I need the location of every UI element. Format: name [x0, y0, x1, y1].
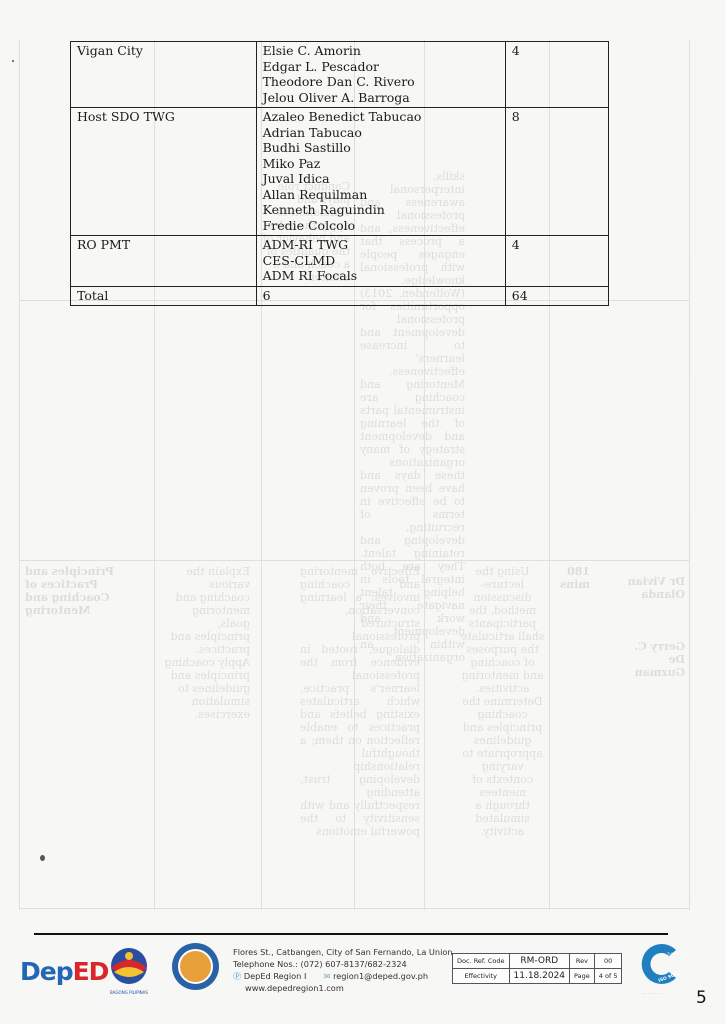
doc-ref-label: Doc. Ref. Code	[453, 954, 510, 969]
website-row: www.depedregion1.com	[233, 982, 453, 994]
seal-inner	[178, 949, 213, 984]
scan-speck	[12, 60, 14, 62]
total-row: Total 6 64	[71, 286, 609, 306]
deped-region-seal	[172, 943, 219, 990]
ghost-topic: Principles and Practices of Coaching and…	[25, 565, 145, 617]
ghost-rule	[20, 908, 690, 909]
rev-label: Rev	[570, 954, 595, 969]
members-cell: Elsie C. Amorin Edgar L. Pescador Theodo…	[256, 42, 505, 108]
email-link[interactable]: region1@deped.gov.ph	[333, 971, 428, 981]
ghost-speaker-2: Gerry C. De Guzman	[615, 640, 685, 679]
member-name: Elsie C. Amorin	[263, 43, 500, 59]
member-name: Juval Idica	[263, 171, 500, 187]
member-name: ADM RI Focals	[263, 268, 500, 284]
page-value: 4 of 5	[594, 969, 622, 984]
deped-logo: DepED	[20, 957, 108, 986]
member-name: Allan Requilman	[263, 187, 500, 203]
ghost-duration: 180 mins	[550, 565, 590, 591]
ghost-methodology: Using the lecture-discussion method, the…	[460, 565, 545, 838]
effectivity-label: Effectivity	[453, 969, 510, 984]
table-row: Host SDO TWG Azaleo Benedict Tabucao Adr…	[71, 108, 609, 236]
member-name: Kenneth Raguindin	[263, 202, 500, 218]
member-name: Budhi Sastillo	[263, 140, 500, 156]
svg-text:TUV NORD: TUV NORD	[666, 952, 684, 956]
social-row: Ⓟ DepEd Region I ✉ region1@deped.gov.ph	[233, 970, 453, 982]
page-label: Page	[570, 969, 595, 984]
address: Flores St., Catbangen, City of San Ferna…	[233, 946, 453, 958]
unit-cell: RO PMT	[71, 236, 257, 287]
member-name: Azaleo Benedict Tabucao	[263, 109, 500, 125]
ghost-vline	[19, 40, 20, 910]
telephone: Telephone Nos.: (072) 607-8137/682-2324	[233, 958, 453, 970]
contact-block: Flores St., Catbangen, City of San Ferna…	[233, 946, 453, 994]
website-link[interactable]: www.depedregion1.com	[245, 983, 344, 993]
document-reference-table: Doc. Ref. Code RM-ORD Rev 00 Effectivity…	[452, 953, 622, 984]
ghost-vline	[689, 40, 690, 910]
bagong-pilipinas-logo: BAGONG PILIPINAS	[106, 946, 152, 996]
doc-ref-value: RM-ORD	[509, 954, 570, 969]
ghost-speaker-1: Dr Vivian Olanda	[615, 575, 685, 601]
count-cell: 8	[505, 108, 608, 236]
svg-text:BAGONG PILIPINAS: BAGONG PILIPINAS	[110, 990, 148, 995]
facebook-icon: Ⓟ	[233, 971, 241, 981]
member-name: Jelou Oliver A. Barroga	[263, 90, 500, 106]
ghost-rule	[20, 560, 690, 561]
members-cell: ADM-RI TWG CES-CLMD ADM RI Focals	[256, 236, 505, 287]
count-cell: 4	[505, 42, 608, 108]
members-cell: Azaleo Benedict Tabucao Adrian Tabucao B…	[256, 108, 505, 236]
member-name: Theodore Dan C. Rivero	[263, 74, 500, 90]
member-name: Adrian Tabucao	[263, 125, 500, 141]
member-name: Edgar L. Pescador	[263, 59, 500, 75]
unit-cell: Vigan City	[71, 42, 257, 108]
ghost-objectives: Explain the various coaching and mentori…	[160, 565, 250, 721]
table-row: RO PMT ADM-RI TWG CES-CLMD ADM RI Focals…	[71, 236, 609, 287]
total-members: 6	[256, 286, 505, 306]
participants-table: Vigan City Elsie C. Amorin Edgar L. Pesc…	[70, 41, 609, 306]
deped-logo-ed: ED	[73, 957, 109, 986]
count-cell: 4	[505, 236, 608, 287]
facebook-page[interactable]: DepEd Region I	[244, 971, 307, 981]
deped-logo-dep: Dep	[20, 957, 73, 986]
iso-certification-logo: TUV NORD ISO 9001	[636, 940, 684, 988]
member-name: Fredie Colcolo	[263, 218, 500, 234]
total-count: 64	[505, 286, 608, 306]
member-name: CES-CLMD	[263, 253, 500, 269]
total-label: Total	[71, 286, 257, 306]
table-row: Vigan City Elsie C. Amorin Edgar L. Pesc…	[71, 42, 609, 108]
page-number: 5	[696, 988, 707, 1008]
member-name: Miko Paz	[263, 156, 500, 172]
member-name: ADM-RI TWG	[263, 237, 500, 253]
rev-value: 00	[594, 954, 622, 969]
ghost-content-lower: Effective mentoring and coaching involve…	[300, 565, 420, 838]
scan-speck	[40, 855, 45, 861]
iso-caption: · · · · · · · · ·	[643, 992, 662, 996]
unit-cell: Host SDO TWG	[71, 108, 257, 236]
email-icon: ✉	[324, 971, 331, 981]
effectivity-value: 11.18.2024	[509, 969, 570, 984]
footer-rule	[34, 933, 668, 935]
